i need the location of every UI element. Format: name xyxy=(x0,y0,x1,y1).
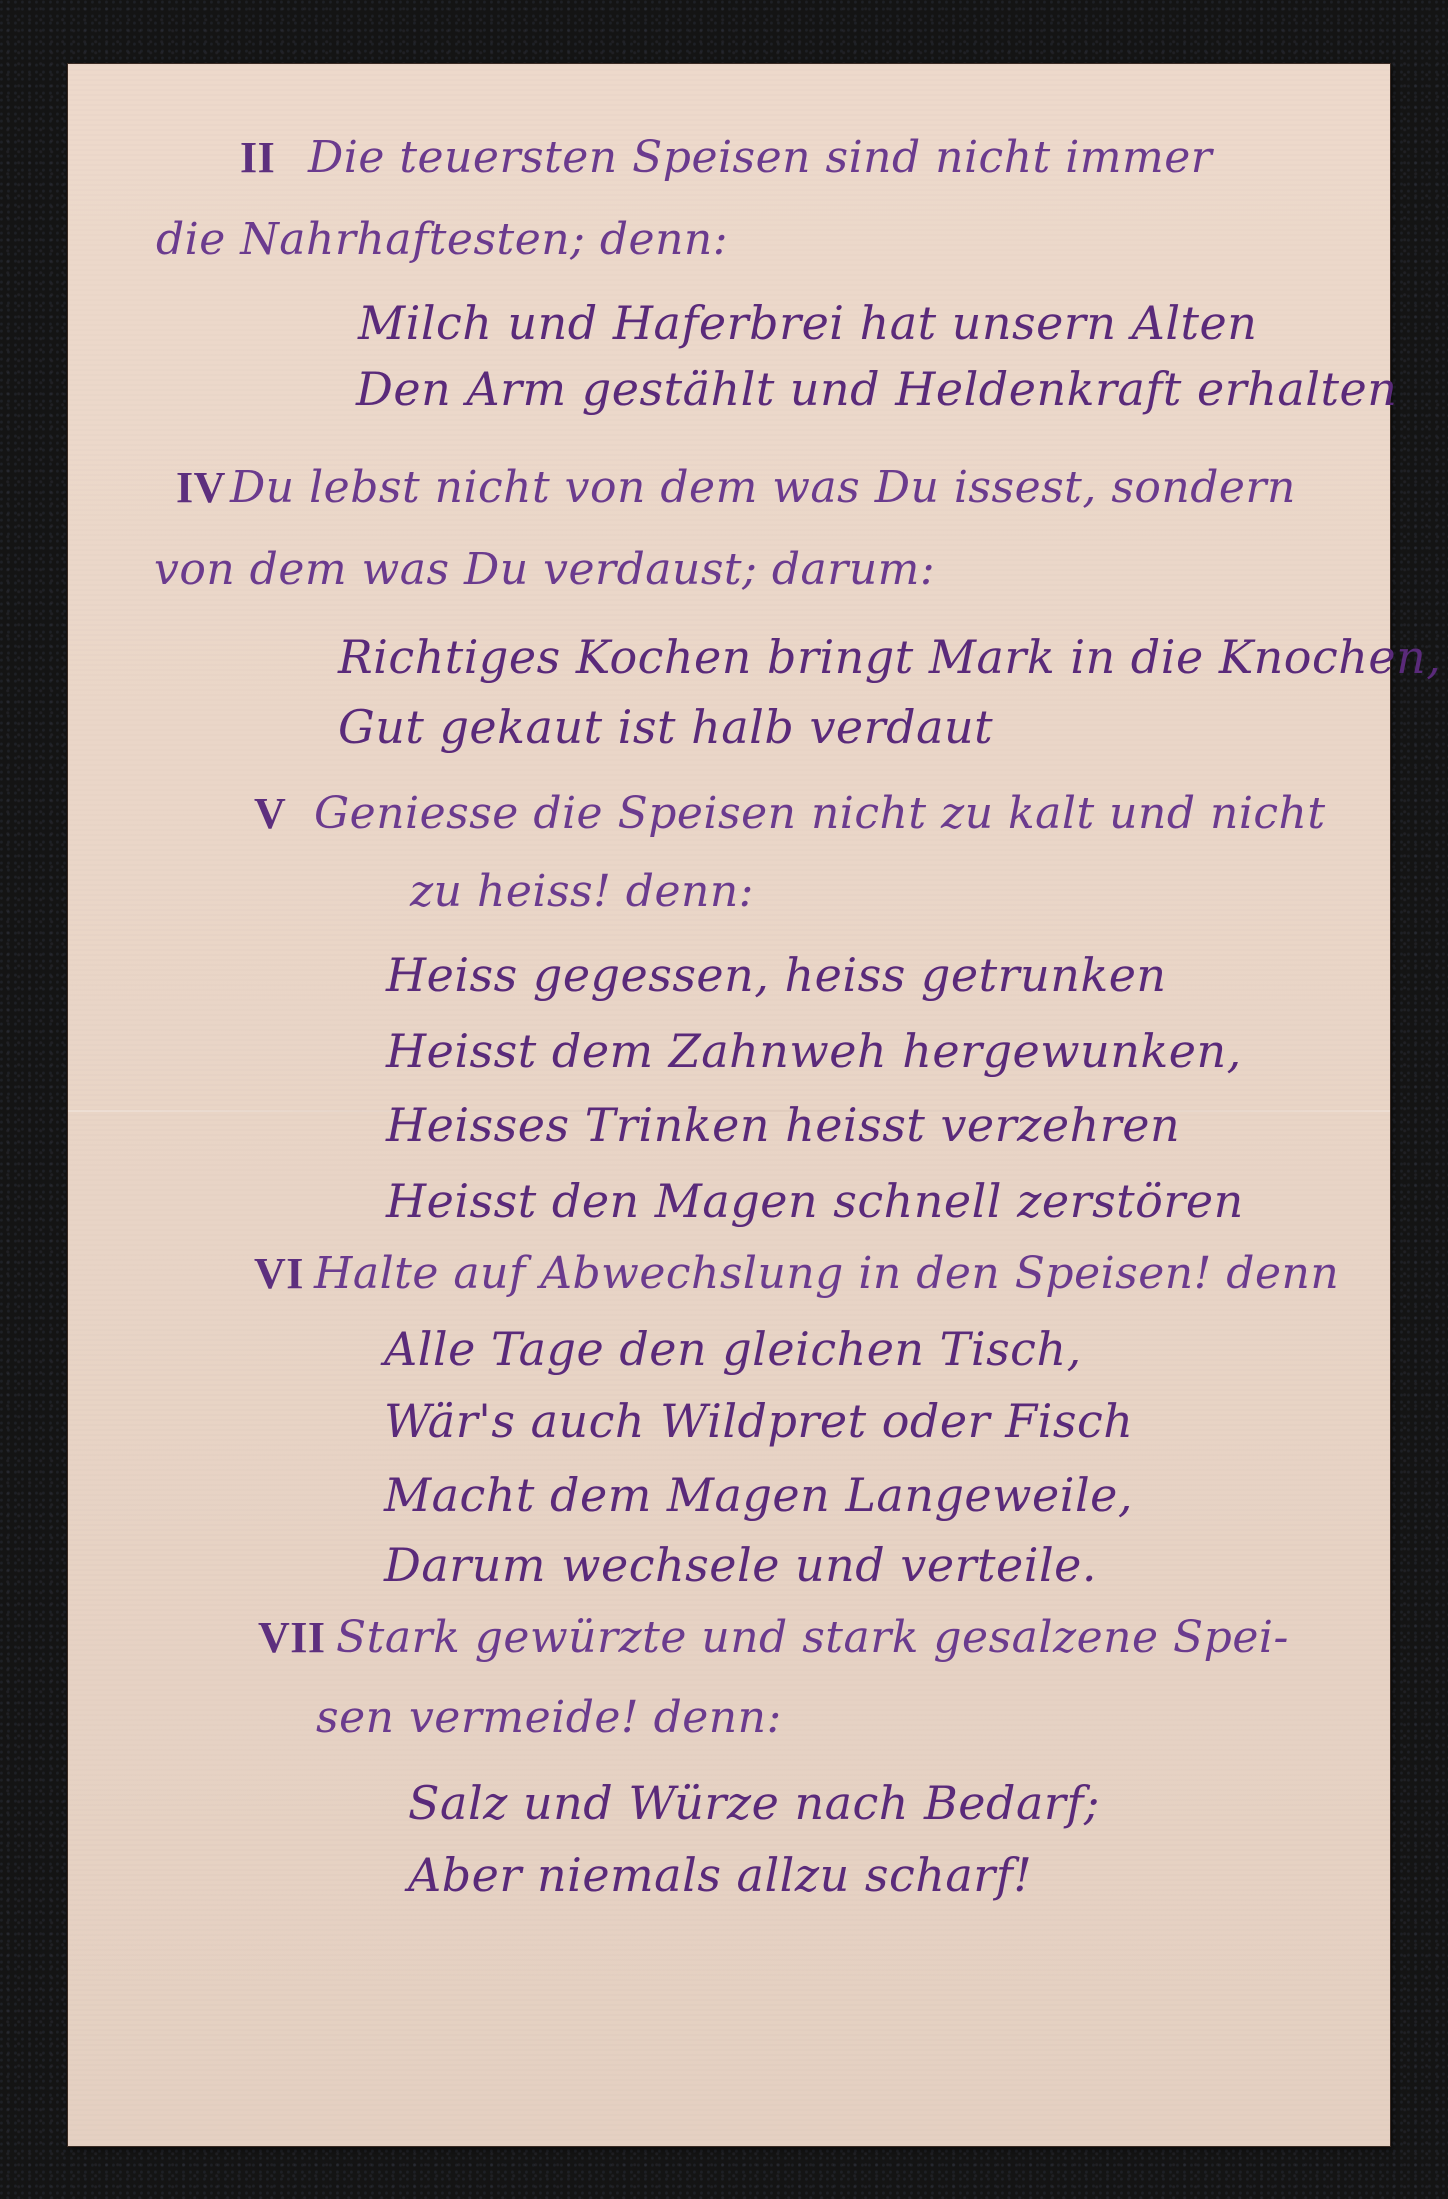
section-iv-intro-line-2: von dem was Du verdaust; darum: xyxy=(154,544,935,595)
section-vi-verse-line-2: Wär's auch Wildpret oder Fisch xyxy=(384,1394,1133,1448)
section-vi-verse-line-4: Darum wechsele und verteile. xyxy=(384,1538,1097,1592)
section-vii-intro-line-1: Stark gewürzte und stark gesalzene Spei- xyxy=(336,1612,1289,1663)
section-vi-verse-line-3: Macht dem Magen Langeweile, xyxy=(384,1468,1133,1522)
section-vii-verse-line-2: Aber niemals allzu scharf! xyxy=(408,1848,1032,1902)
section-numeral-iv: IV xyxy=(176,462,226,513)
section-v-verse-line-3: Heisses Trinken heisst verzehren xyxy=(386,1098,1180,1152)
section-v-verse-line-4: Heisst den Magen schnell zerstören xyxy=(386,1174,1244,1228)
section-ii-verse-line-2: Den Arm gestählt und Heldenkraft erhalte… xyxy=(356,362,1397,416)
section-numeral-ii: II xyxy=(240,132,275,183)
section-numeral-v: V xyxy=(254,788,286,839)
section-vi-verse-line-1: Alle Tage den gleichen Tisch, xyxy=(384,1322,1082,1376)
section-iv-intro-line-1: Du lebst nicht von dem was Du issest, so… xyxy=(230,462,1296,513)
section-numeral-vii: VII xyxy=(258,1612,326,1663)
section-v-intro-line-1: Geniesse die Speisen nicht zu kalt und n… xyxy=(314,788,1326,839)
section-vi-intro-line-1: Halte auf Abwechslung in den Speisen! de… xyxy=(314,1248,1339,1299)
section-numeral-vi: VI xyxy=(254,1248,304,1299)
section-vii-verse-line-1: Salz und Würze nach Bedarf; xyxy=(408,1776,1100,1830)
section-v-intro-line-2: zu heiss! denn: xyxy=(410,866,754,917)
manuscript-page: II Die teuersten Speisen sind nicht imme… xyxy=(68,64,1390,2146)
section-iv-verse-line-1: Richtiges Kochen bringt Mark in die Knoc… xyxy=(338,630,1441,684)
section-vii-intro-line-2: sen vermeide! denn: xyxy=(316,1692,782,1743)
section-v-verse-line-2: Heisst dem Zahnweh hergewunken, xyxy=(386,1024,1242,1078)
section-iv-verse-line-2: Gut gekaut ist halb verdaut xyxy=(338,700,993,754)
section-v-verse-line-1: Heiss gegessen, heiss getrunken xyxy=(386,948,1167,1002)
section-ii-verse-line-1: Milch und Haferbrei hat unsern Alten xyxy=(358,296,1257,350)
section-ii-intro-line-2: die Nahrhaftesten; denn: xyxy=(156,214,728,265)
section-ii-intro-line-1: Die teuersten Speisen sind nicht immer xyxy=(308,132,1212,183)
